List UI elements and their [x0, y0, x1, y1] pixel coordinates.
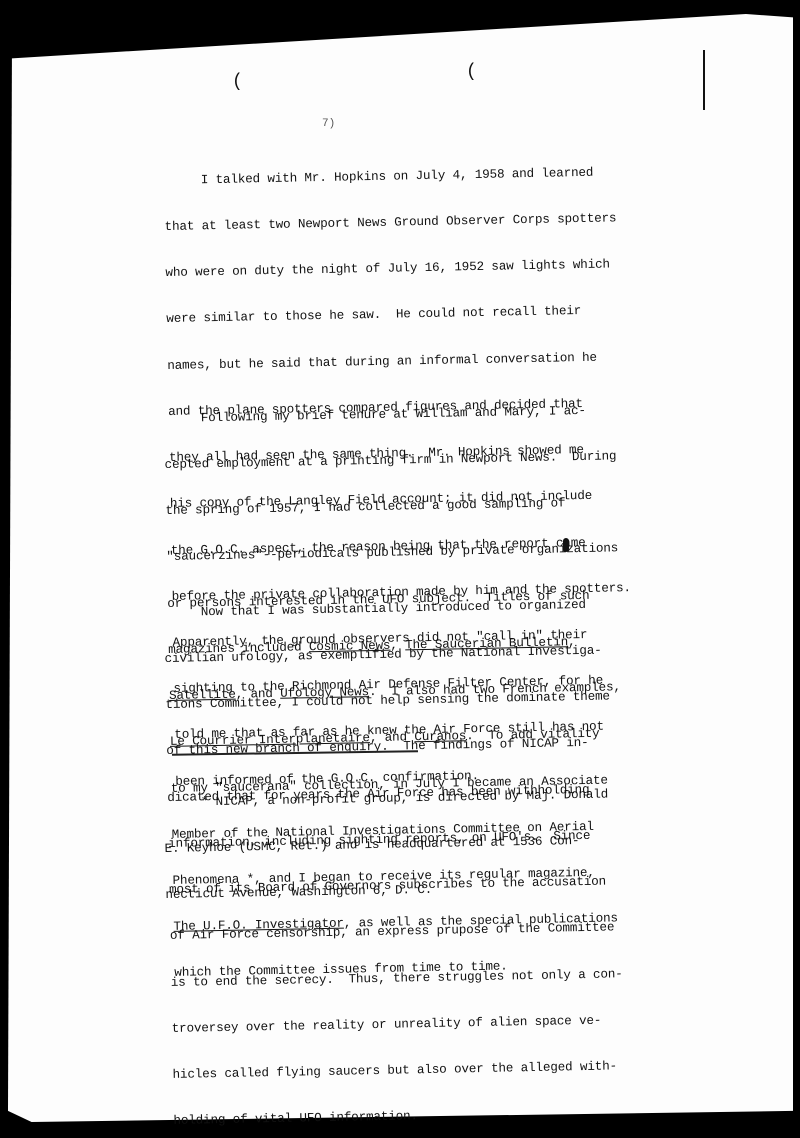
margin-scan-line — [703, 50, 705, 110]
text-line: "saucerzines"--periodicals published by … — [166, 542, 618, 566]
right-parenthesis-mark: ( — [466, 62, 477, 82]
page-number: 7) — [322, 118, 335, 130]
text-line: of this new branch of enquiry. The findi… — [166, 736, 618, 760]
text-line: I talked with Mr. Hopkins on July 4, 195… — [164, 165, 623, 189]
text-line: tions Committee, I could not help sensin… — [165, 690, 617, 714]
text-line: names, but he said that during an inform… — [167, 350, 626, 374]
text-line: Following my brief tenure at William and… — [164, 403, 616, 427]
text-line: holding of vital UFO information. — [173, 1105, 625, 1129]
footnote: * NICAP, a non-profit group, is directed… — [163, 756, 610, 919]
text-line: of Air Force censorship, an express prup… — [170, 921, 622, 945]
margin-ink-mark — [563, 538, 569, 552]
text-line: hicles called flying saucers but also ov… — [172, 1059, 624, 1083]
text-line: were similar to those he saw. He could n… — [166, 304, 625, 328]
text-line: civilian ufology, as exemplified by the … — [164, 643, 616, 667]
text-line: troversey over the reality or unreality … — [172, 1013, 624, 1037]
text-line: that at least two Newport News Ground Ob… — [164, 211, 623, 235]
text-line: is to end the secrecy. Thus, there strug… — [171, 967, 623, 991]
footnote-line: necticut Avenue, Washington 6, D. C. — [165, 880, 610, 904]
text-line: who were on duty the night of July 16, 1… — [165, 257, 624, 281]
text-line: the spring of 1957, I had collected a go… — [165, 496, 617, 520]
footnote-line: E. Keyhoe (USMC, Ret.) and is headquarte… — [164, 833, 609, 857]
left-parenthesis-mark: ( — [232, 72, 243, 92]
text-line: cepted employment at a printing firm in … — [164, 449, 616, 473]
text-line: Now that I was substantially introduced … — [164, 597, 616, 621]
footnote-line: * NICAP, a non-profit group, is directed… — [164, 787, 609, 811]
